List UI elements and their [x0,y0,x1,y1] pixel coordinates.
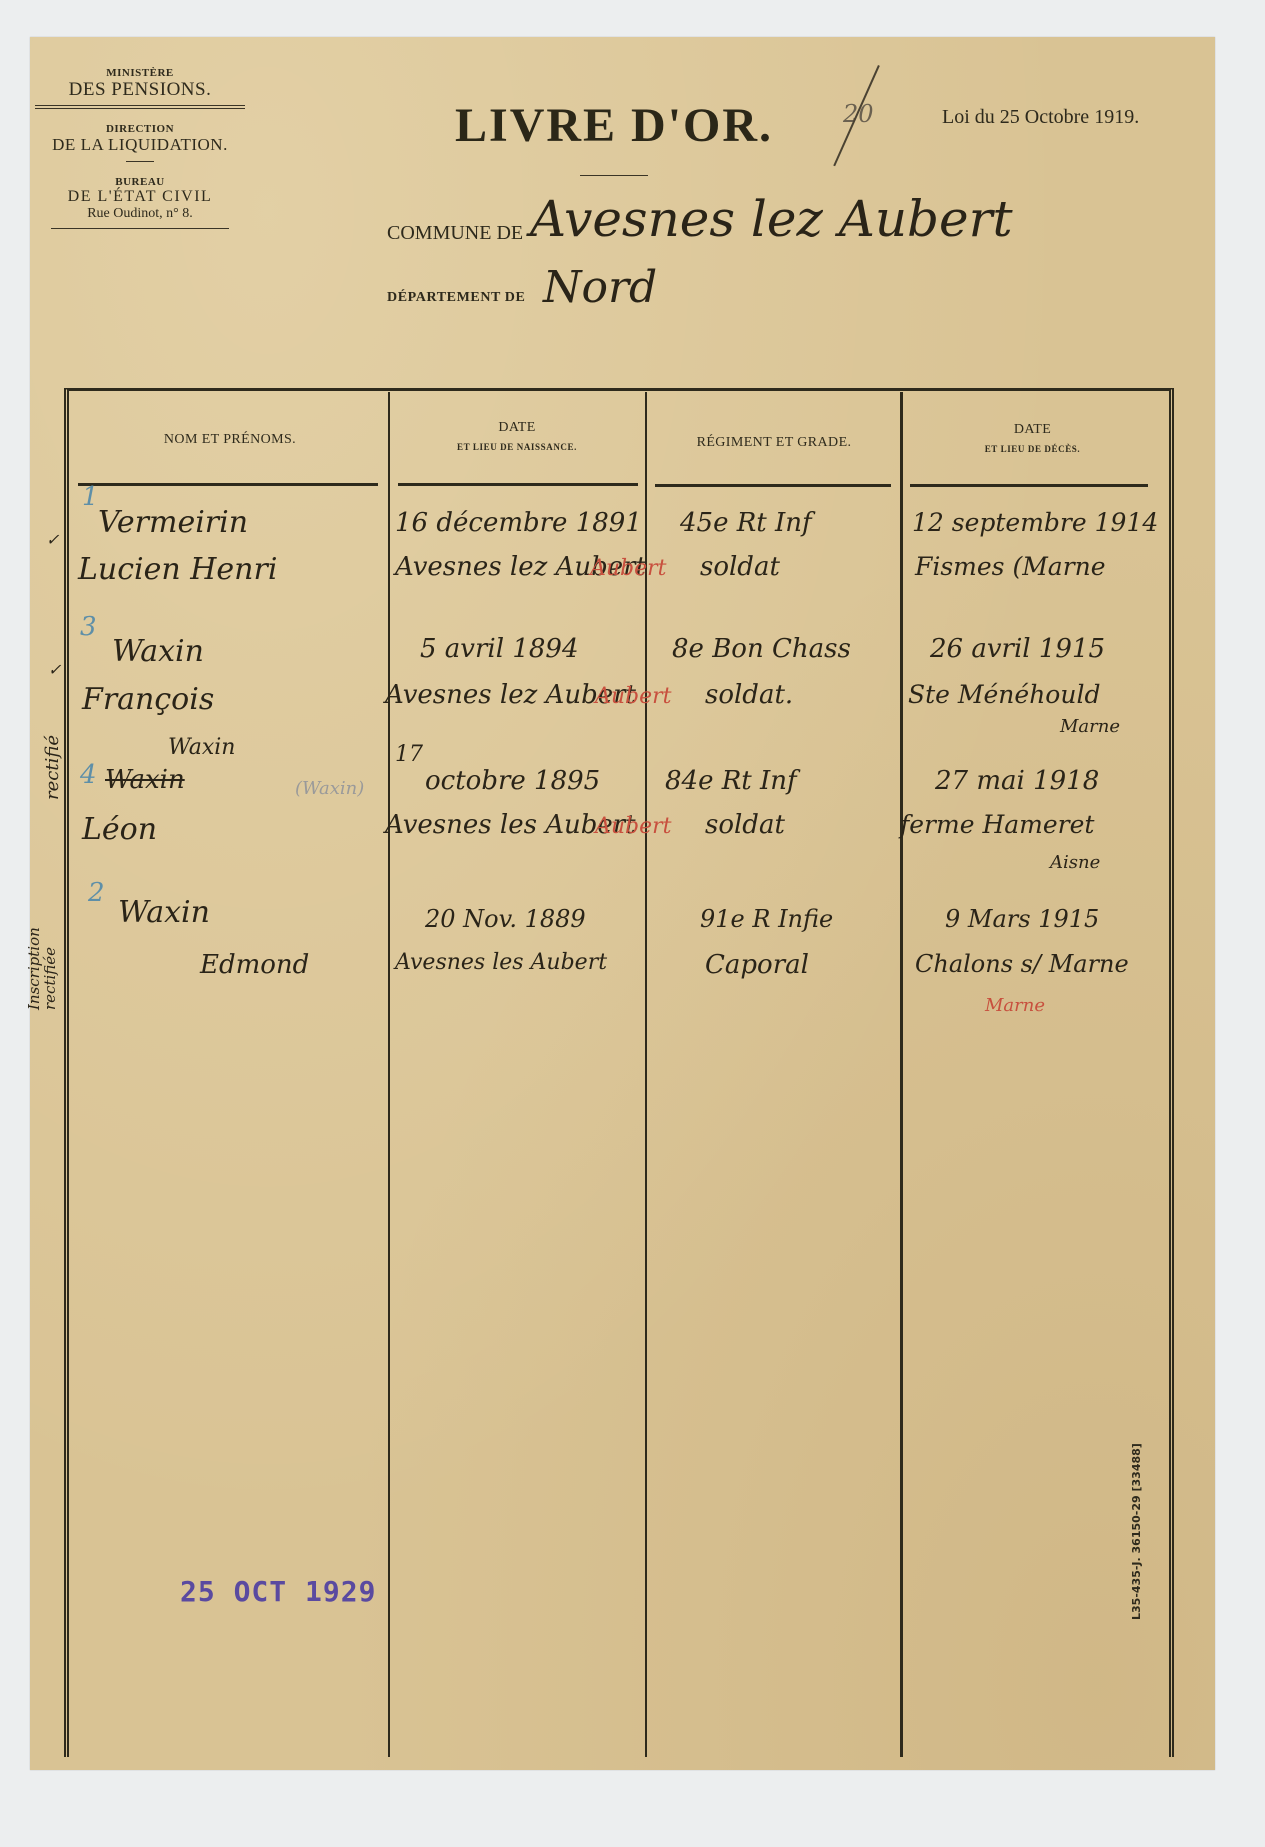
ministry-big: DES PENSIONS. [30,79,250,101]
bureau-small: BUREAU [30,176,250,188]
row-index: 1 [82,482,99,512]
death-place-note: Aisne [1050,852,1100,873]
given-names: Lucien Henri [78,552,277,587]
divider [126,161,154,162]
red-correction: Aubert [595,684,672,709]
regiment: 8e Bon Chass [672,634,851,664]
given-names: Edmond [200,950,309,980]
column-divider [645,392,647,1757]
commune-label: COMMUNE DE [387,222,523,245]
grade: soldat [705,810,785,840]
row-index: 3 [80,612,97,642]
ministry-header: MINISTÈRE DES PENSIONS. DIRECTION DE LA … [30,67,250,229]
address: Rue Oudinot, n° 8. [30,206,250,222]
department-value: Nord [543,262,657,313]
red-correction: Aubert [595,814,672,839]
birth-date: 16 décembre 1891 [395,508,642,538]
death-date: 27 mai 1918 [935,766,1099,796]
death-place: ferme Hameret [900,810,1094,839]
surname: Vermeirin [98,505,248,540]
surname: Waxin [118,895,210,930]
death-place-note: Marne [1060,716,1120,737]
birth-date: 20 Nov. 1889 [425,905,586,933]
surname: Waxin [112,634,204,669]
birth-place: Avesnes les Aubert [395,950,607,975]
surname-correction: Waxin [168,735,235,760]
birth-date-correction: 17 [395,742,423,767]
death-date: 9 Mars 1915 [945,905,1099,933]
given-names: Léon [82,812,157,847]
department-label: DÉPARTEMENT DE [387,290,525,306]
header-rule [78,483,378,486]
law-reference: Loi du 25 Octobre 1919. [942,106,1139,129]
birth-date: octobre 1895 [425,766,600,796]
column-divider [900,392,903,1757]
pencil-note: (Waxin) [295,778,364,799]
page-title: LIVRE D'OR. [455,98,773,153]
printer-code: L35-435-J. 36150-29 [33488] [1130,1443,1143,1620]
direction-small: DIRECTION [30,123,250,135]
grade: Caporal [705,950,809,980]
header-rule [910,484,1148,487]
death-place: Fismes (Marne [915,552,1106,581]
column-divider [388,392,390,1757]
tick-mark: ✓ [46,530,59,549]
death-place-note: Marne [985,995,1045,1016]
header-rule [398,483,638,486]
margin-note-inscription: Inscription rectifiée [26,870,58,1010]
divider [580,175,648,176]
row-index: 4 [80,760,97,790]
regiment: 84e Rt Inf [665,766,797,796]
death-place: Chalons s/ Marne [915,950,1129,978]
col-header-regiment: RÉGIMENT ET GRADE. [650,435,898,451]
divider [35,105,245,109]
regiment: 45e Rt Inf [680,508,812,538]
bureau-big: DE L'ÉTAT CIVIL [30,188,250,206]
grade: soldat. [705,680,793,710]
commune-value: Avesnes lez Aubert [530,190,1013,248]
death-date: 12 septembre 1914 [912,508,1158,537]
date-stamp: 25 OCT 1929 [180,1575,376,1608]
divider [51,228,229,229]
col-header-name: NOM ET PRÉNOMS. [75,432,385,448]
given-names: François [82,682,214,717]
margin-note-rectifie: rectifié [42,735,63,800]
death-date: 26 avril 1915 [930,634,1105,664]
tick-mark: ✓ [48,660,61,679]
header-rule [655,484,891,487]
surname-struck: Waxin [105,765,185,795]
grade: soldat [700,552,780,582]
row-index: 2 [88,878,105,908]
regiment: 91e R Infie [700,905,833,933]
ministry-small: MINISTÈRE [30,67,250,79]
col-header-birth: DATE ET LIEU DE NAISSANCE. [392,420,642,452]
birth-date: 5 avril 1894 [420,634,579,664]
death-place: Ste Ménéhould [908,680,1100,709]
register-table [64,388,1174,1757]
col-header-death: DATE ET LIEU DE DÉCÈS. [905,422,1160,454]
red-correction: Aubert [590,556,667,581]
direction-big: DE LA LIQUIDATION. [30,135,250,155]
